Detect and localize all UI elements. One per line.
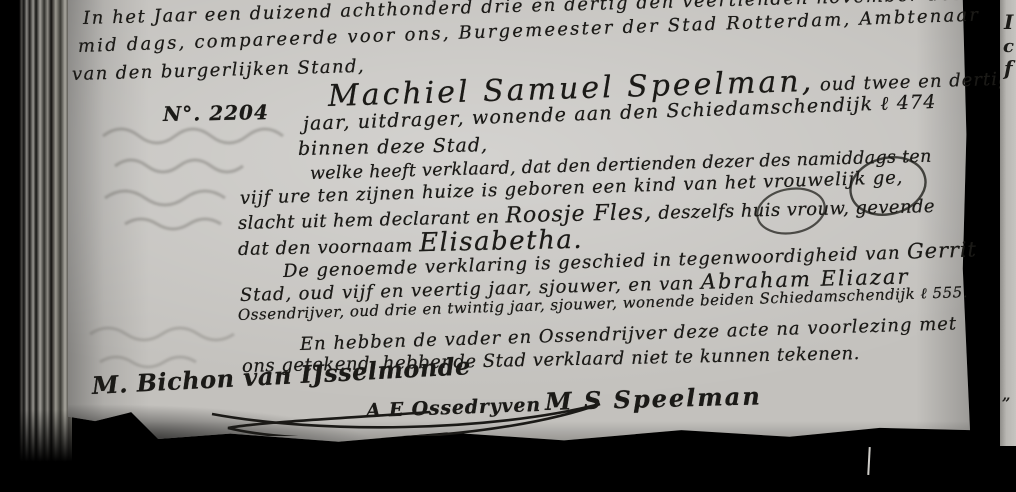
- edge-fragment-1: I: [1004, 10, 1013, 34]
- edge-fragment-4: „: [1002, 386, 1011, 404]
- signature-speelman: M S Speelman: [545, 384, 762, 414]
- scanned-birth-record: In het Jaar een duizend achthonderd drie…: [0, 0, 1016, 492]
- witness1-first-name: Gerrit: [907, 237, 978, 263]
- act-number: N°. 2204: [163, 102, 269, 124]
- declarant-line-3: binnen deze Stad,: [298, 136, 488, 159]
- edge-fragment-3: f: [1004, 56, 1013, 80]
- white-speck: [867, 447, 870, 475]
- edge-fragment-2: c: [1003, 36, 1014, 57]
- book-binding: [14, 0, 72, 476]
